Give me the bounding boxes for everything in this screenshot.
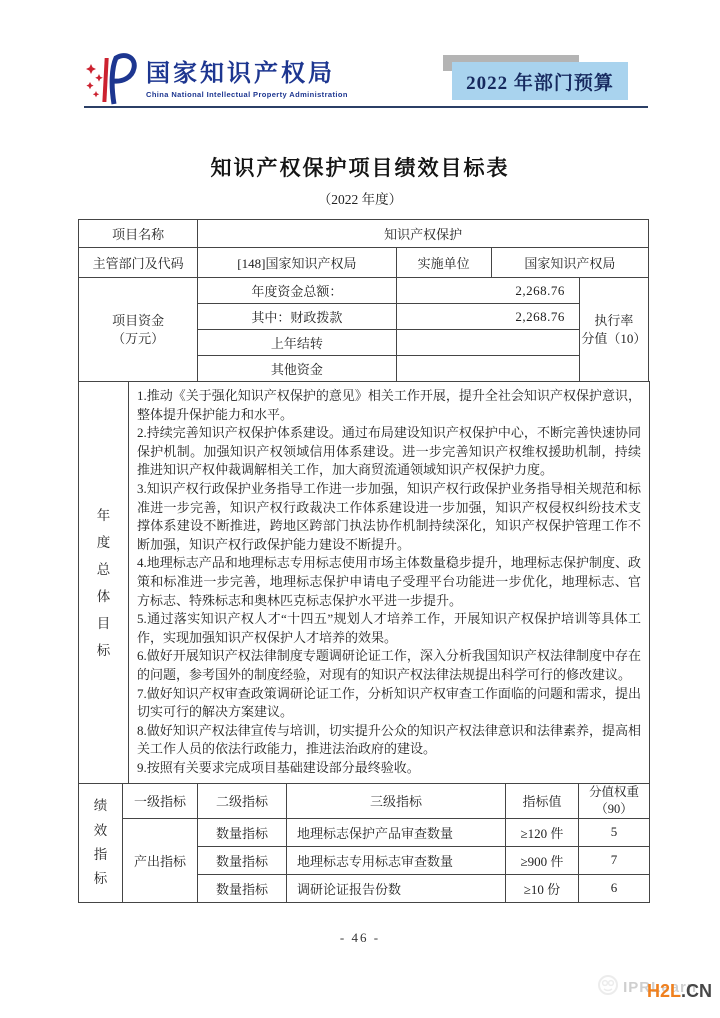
fund-row-label: 其他资金 bbox=[198, 356, 396, 382]
indicator-value-cell: ≥10 份 bbox=[506, 874, 579, 902]
document-title: 知识产权保护项目绩效目标表 bbox=[0, 152, 720, 182]
level2-cell: 数量指标 bbox=[198, 874, 287, 902]
weight-cell: 5 bbox=[579, 818, 650, 846]
watermark-owl-icon bbox=[595, 972, 621, 1003]
fund-row-value bbox=[396, 356, 579, 382]
funds-label: 项目资金 （万元） bbox=[79, 278, 198, 382]
goal-item: 7.做好知识产权审查政策调研论证工作，分析知识产权审查工作面临的问题和需求，提出… bbox=[137, 685, 641, 722]
level1-value: 产出指标 bbox=[123, 818, 198, 902]
fund-row-value: 2,268.76 bbox=[396, 278, 579, 304]
fund-row-value: 2,268.76 bbox=[396, 304, 579, 330]
annual-goal-table: 年度总体目标 1.推动《关于强化知识产权保护的意见》相关工作开展，提升全社会知识… bbox=[78, 381, 650, 784]
impl-unit-label: 实施单位 bbox=[396, 248, 491, 278]
document-subtitle: （2022 年度） bbox=[0, 188, 720, 208]
fund-row-label: 其中：财政拨款 bbox=[198, 304, 396, 330]
header-value: 指标值 bbox=[506, 784, 579, 819]
goal-item: 4.地理标志产品和地理标志专用标志使用市场主体数量稳步提升，地理标志保护制度、政… bbox=[137, 554, 641, 610]
goal-item: 6.做好开展知识产权法律制度专题调研论证工作，深入分析我国知识产权法律制度中存在… bbox=[137, 647, 641, 684]
fund-row-value bbox=[396, 330, 579, 356]
dept-label: 主管部门及代码 bbox=[79, 248, 198, 278]
weight-cell: 7 bbox=[579, 846, 650, 874]
logo-p-icon bbox=[84, 52, 140, 108]
goal-item: 9.按照有关要求完成项目基础建设部分最终验收。 bbox=[137, 759, 641, 778]
project-name-value: 知识产权保护 bbox=[198, 220, 649, 248]
weight-cell: 6 bbox=[579, 874, 650, 902]
level2-cell: 数量指标 bbox=[198, 846, 287, 874]
agency-logo: 国家知识产权局 China National Intellectual Prop… bbox=[84, 52, 348, 108]
header-level1: 一级指标 bbox=[123, 784, 198, 819]
agency-logo-icon bbox=[84, 52, 140, 108]
goal-item: 5.通过落实知识产权人才“十四五”规划人才培养工作，开展知识产权保护培训等具体工… bbox=[137, 610, 641, 647]
project-info-table: 项目名称 知识产权保护 主管部门及代码 [148]国家知识产权局 实施单位 国家… bbox=[78, 219, 649, 382]
goal-item: 1.推动《关于强化知识产权保护的意见》相关工作开展，提升全社会知识产权保护意识，… bbox=[137, 387, 641, 424]
watermark-brand: H2L bbox=[647, 981, 681, 1002]
goal-item: 8.做好知识产权法律宣传与培训，切实提升公众的知识产权法律意识和法律素养，提高相… bbox=[137, 722, 641, 759]
budget-badge: 2022 年部门预算 bbox=[452, 62, 628, 100]
header-level3: 三级指标 bbox=[287, 784, 506, 819]
indicator-value-cell: ≥120 件 bbox=[506, 818, 579, 846]
header-weight: 分值权重 （90） bbox=[579, 784, 650, 819]
annual-goal-content: 1.推动《关于强化知识产权保护的意见》相关工作开展，提升全社会知识产权保护意识，… bbox=[129, 382, 650, 784]
indicator-value-cell: ≥900 件 bbox=[506, 846, 579, 874]
document-page: 国家知识产权局 China National Intellectual Prop… bbox=[0, 0, 720, 1018]
level2-cell: 数量指标 bbox=[198, 818, 287, 846]
agency-name-en: China National Intellectual Property Adm… bbox=[146, 90, 348, 99]
project-name-label: 项目名称 bbox=[79, 220, 198, 248]
fund-row-label: 上年结转 bbox=[198, 330, 396, 356]
fund-row-label: 年度资金总额： bbox=[198, 278, 396, 304]
impl-unit-value: 国家知识产权局 bbox=[491, 248, 648, 278]
goal-item: 3.知识产权行政保护业务指导工作进一步加强，知识产权行政保护业务指导相关规范和标… bbox=[137, 480, 641, 554]
level3-cell: 地理标志保护产品审查数量 bbox=[287, 818, 506, 846]
level3-cell: 地理标志专用标志审查数量 bbox=[287, 846, 506, 874]
goal-item: 2.持续完善知识产权保护体系建设。通过布局建设知识产权保护中心，不断完善快速协同… bbox=[137, 424, 641, 480]
level3-cell: 调研论证报告份数 bbox=[287, 874, 506, 902]
watermark-suffix: .CN bbox=[681, 981, 712, 1002]
page-number: - 46 - bbox=[0, 930, 720, 946]
site-watermark: IPRLearn H2L .CN bbox=[595, 972, 712, 1003]
indicators-table: 绩效指标 一级指标 二级指标 三级指标 指标值 分值权重 （90） 产出指标 数… bbox=[78, 783, 650, 903]
agency-name-cn: 国家知识产权局 bbox=[146, 61, 348, 87]
dept-value: [148]国家知识产权局 bbox=[198, 248, 396, 278]
header-divider bbox=[84, 106, 648, 108]
exec-rate-label: 执行率 分值（10） bbox=[579, 278, 648, 382]
annual-goal-label: 年度总体目标 bbox=[79, 382, 129, 784]
header-level2: 二级指标 bbox=[198, 784, 287, 819]
indicators-label: 绩效指标 bbox=[79, 784, 123, 903]
